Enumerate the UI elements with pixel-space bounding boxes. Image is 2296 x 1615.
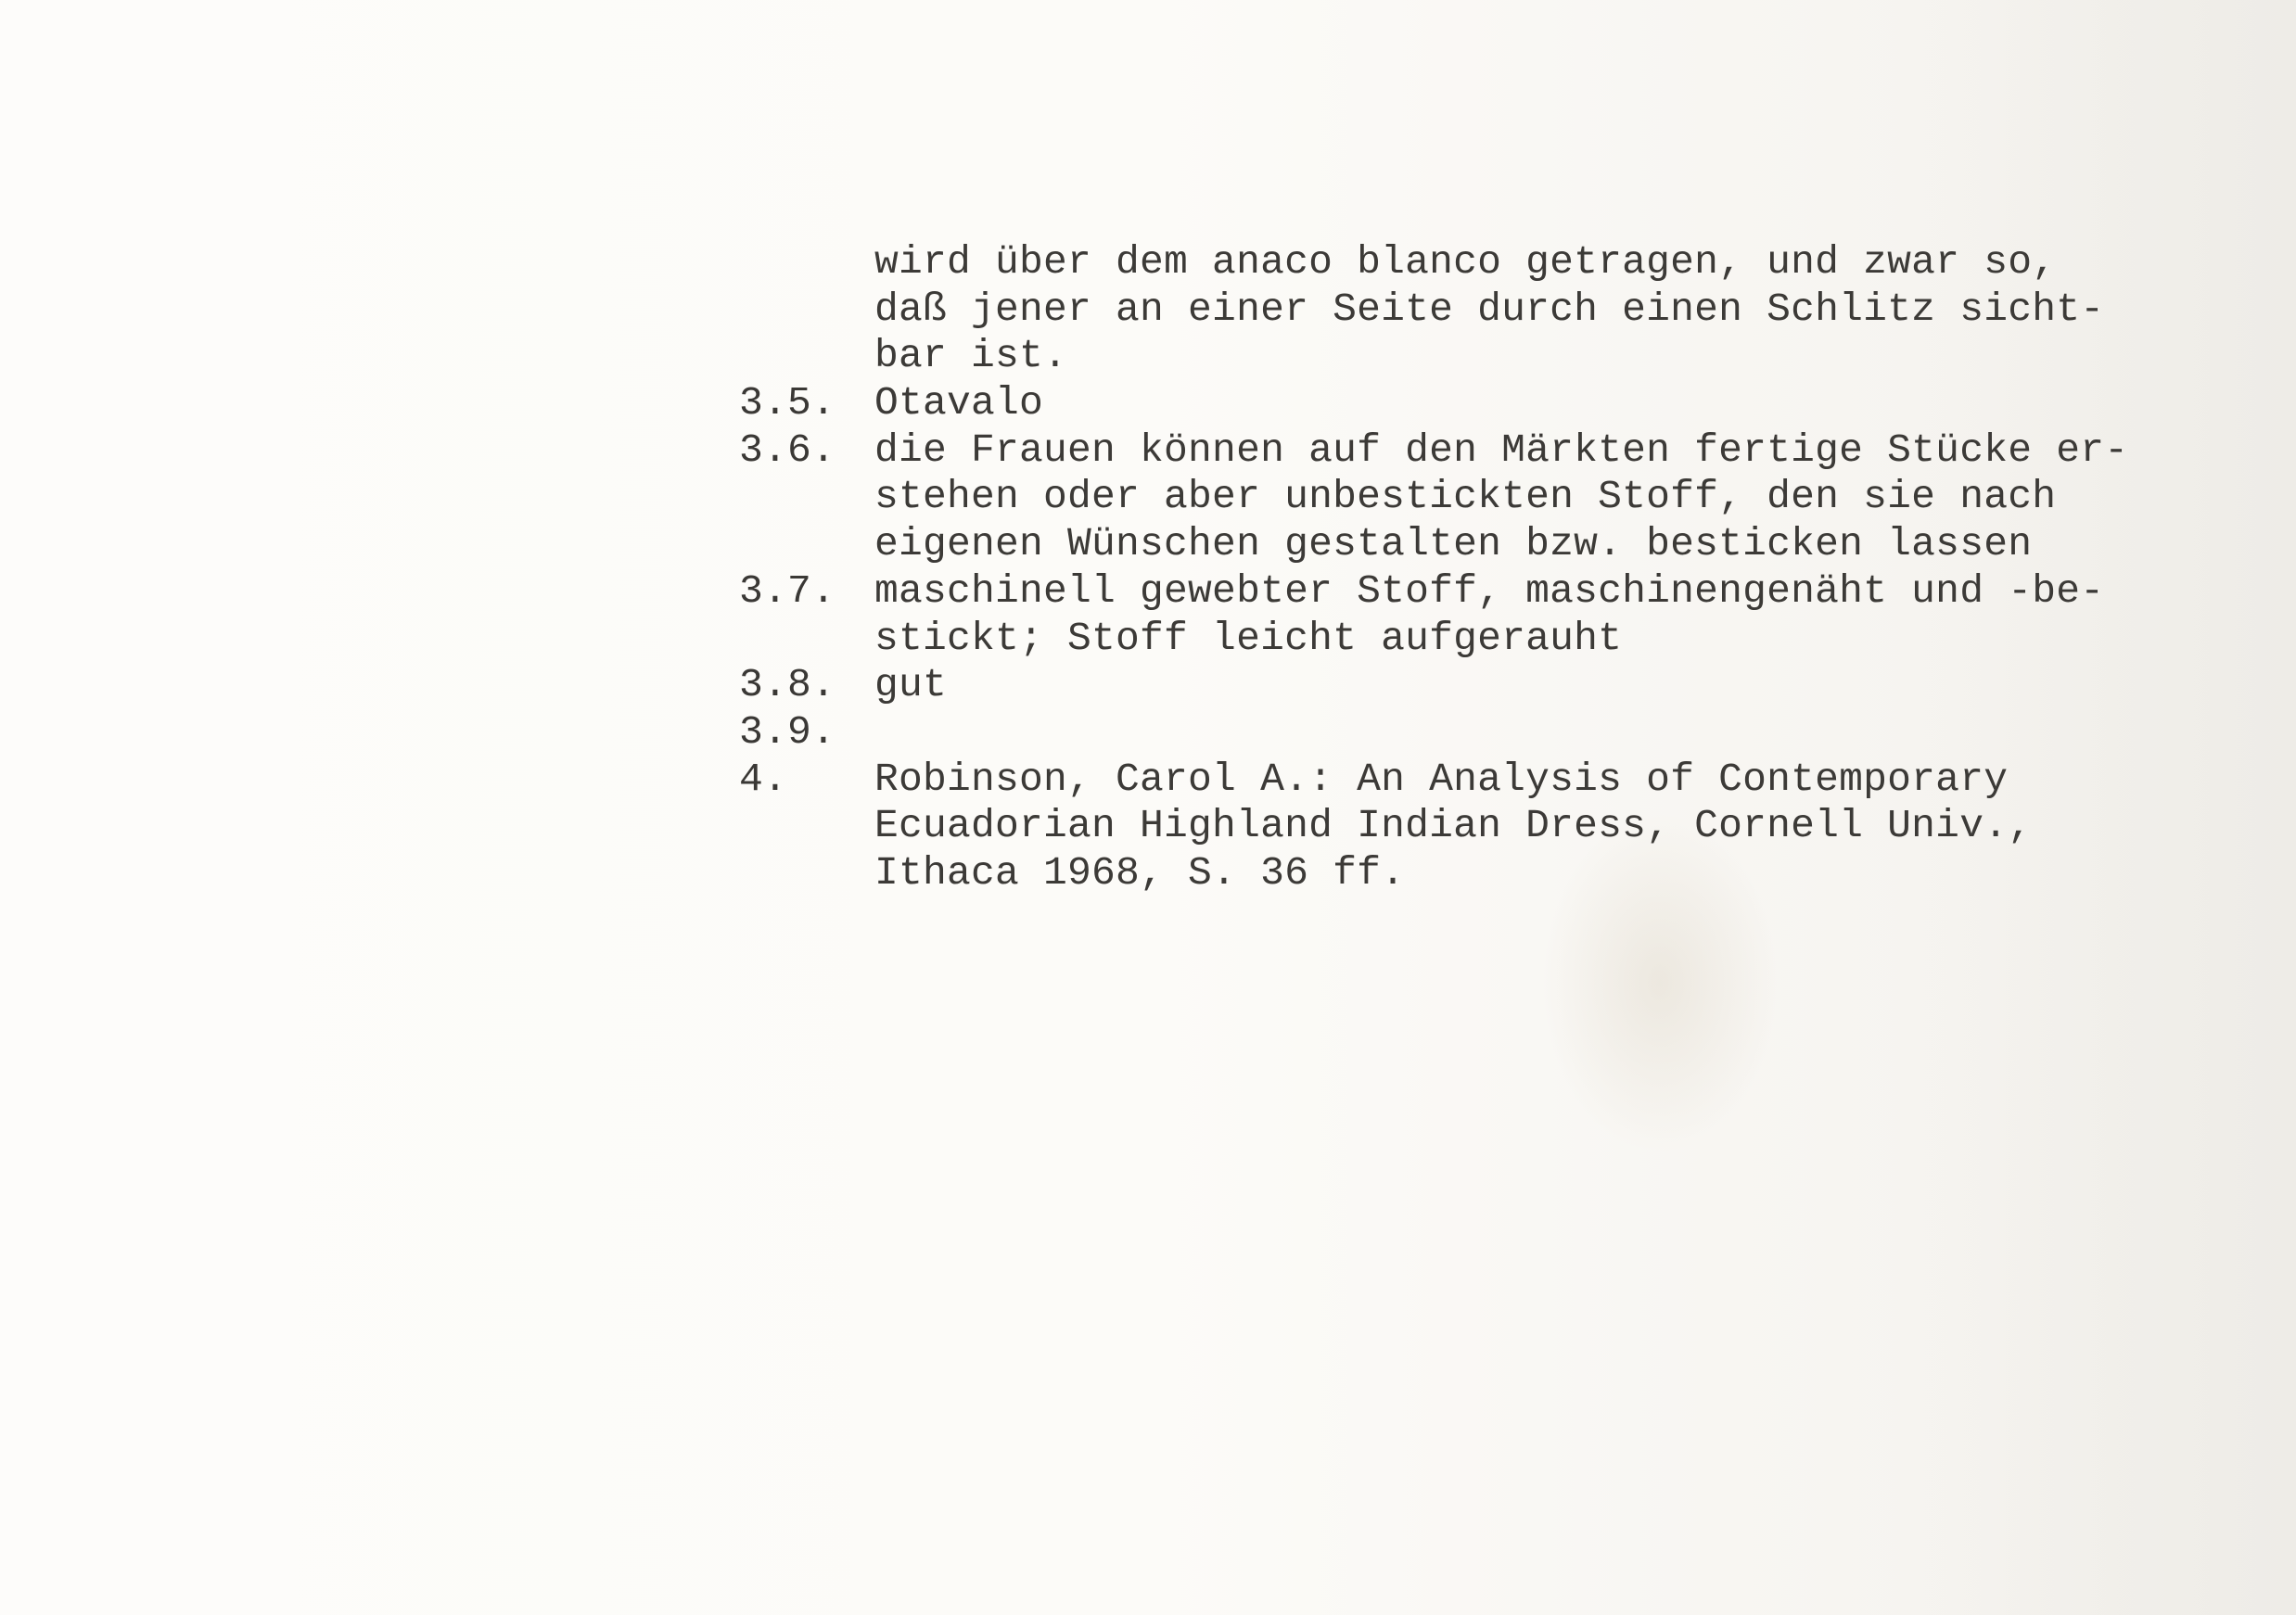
line-text: Otavalo	[874, 380, 2278, 427]
item-number	[739, 803, 874, 850]
item-number	[739, 474, 874, 521]
item-number: 3.8.	[739, 662, 874, 709]
line-text: daß jener an einer Seite durch einen Sch…	[874, 286, 2278, 334]
item-number	[739, 616, 874, 663]
line-text: gut	[874, 662, 2278, 709]
line-text	[874, 709, 2278, 757]
line-text: stickt; Stoff leicht aufgerauht	[874, 616, 2278, 663]
item-number	[739, 286, 874, 334]
item-3-6: 3.6. die Frauen können auf den Märkten f…	[739, 427, 2278, 475]
text-line: stehen oder aber unbestickten Stoff, den…	[739, 474, 2278, 521]
item-number: 3.9.	[739, 709, 874, 757]
line-text: stehen oder aber unbestickten Stoff, den…	[874, 474, 2278, 521]
line-text: die Frauen können auf den Märkten fertig…	[874, 427, 2278, 475]
item-3-7: 3.7. maschinell gewebter Stoff, maschine…	[739, 568, 2278, 616]
line-text: Ithaca 1968, S. 36 ff.	[874, 850, 2278, 897]
line-text: maschinell gewebter Stoff, maschinengenä…	[874, 568, 2278, 616]
item-3-9: 3.9.	[739, 709, 2278, 757]
item-3-5: 3.5. Otavalo	[739, 380, 2278, 427]
item-number	[739, 239, 874, 286]
item-3-8: 3.8. gut	[739, 662, 2278, 709]
line-text: wird über dem anaco blanco getragen, und…	[874, 239, 2278, 286]
item-number: 3.7.	[739, 568, 874, 616]
item-number	[739, 850, 874, 897]
item-number: 4.	[739, 757, 874, 804]
text-line: Ithaca 1968, S. 36 ff.	[739, 850, 2278, 897]
text-line: eigenen Wünschen gestalten bzw. besticke…	[739, 521, 2278, 568]
item-number	[739, 521, 874, 568]
item-number: 3.5.	[739, 380, 874, 427]
text-line: daß jener an einer Seite durch einen Sch…	[739, 286, 2278, 334]
text-line: stickt; Stoff leicht aufgerauht	[739, 616, 2278, 663]
line-text: Ecuadorian Highland Indian Dress, Cornel…	[874, 803, 2278, 850]
text-line: bar ist.	[739, 333, 2278, 380]
typewritten-text-block: wird über dem anaco blanco getragen, und…	[739, 239, 2278, 897]
item-number	[739, 333, 874, 380]
item-number: 3.6.	[739, 427, 874, 475]
line-text: Robinson, Carol A.: An Analysis of Conte…	[874, 757, 2278, 804]
text-line: wird über dem anaco blanco getragen, und…	[739, 239, 2278, 286]
line-text: bar ist.	[874, 333, 2278, 380]
line-text: eigenen Wünschen gestalten bzw. besticke…	[874, 521, 2278, 568]
item-4-reference: 4. Robinson, Carol A.: An Analysis of Co…	[739, 757, 2278, 804]
text-line: Ecuadorian Highland Indian Dress, Cornel…	[739, 803, 2278, 850]
